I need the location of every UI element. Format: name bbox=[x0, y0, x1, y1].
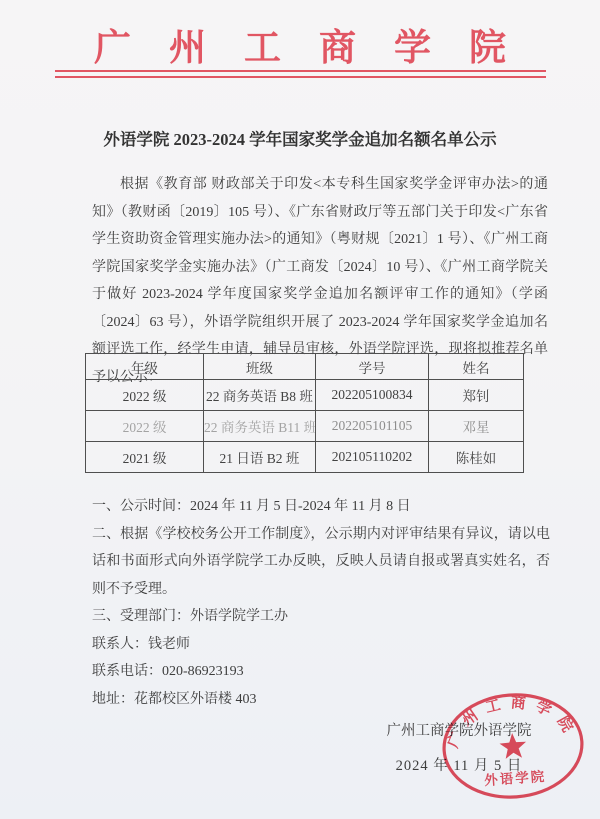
note-accepting-department: 三、受理部门：外语学院学工办 bbox=[92, 603, 550, 631]
contact-person: 联系人：钱老师 bbox=[92, 631, 550, 659]
letterhead-rule-bottom bbox=[55, 76, 546, 78]
signature-date: 2024 年 11 月 5 日 bbox=[344, 754, 574, 775]
table-header-row: 年级 班级 学号 姓名 bbox=[86, 354, 524, 380]
cell-grade: 2022 级 bbox=[86, 411, 204, 442]
table-header-student-id: 学号 bbox=[316, 354, 429, 380]
cell-name: 郑钊 bbox=[429, 380, 524, 411]
table-header-class: 班级 bbox=[204, 354, 316, 380]
cell-class: 22 商务英语 B8 班 bbox=[204, 380, 316, 411]
table-row: 2022 级 22 商务英语 B8 班 202205100834 郑钊 bbox=[86, 380, 524, 411]
notes-section: 一、公示时间：2024 年 11 月 5 日-2024 年 11 月 8 日 二… bbox=[92, 493, 550, 713]
cell-grade: 2021 级 bbox=[86, 442, 204, 473]
signature-block: 广州工商学院外语学院 2024 年 11 月 5 日 bbox=[344, 719, 574, 775]
cell-grade: 2022 级 bbox=[86, 380, 204, 411]
cell-class: 21 日语 B2 班 bbox=[204, 442, 316, 473]
letterhead-school-name: 广州工商学院 bbox=[0, 17, 600, 71]
cell-name: 邓星 bbox=[429, 411, 524, 442]
signature-organization: 广州工商学院外语学院 bbox=[344, 719, 574, 740]
contact-address: 地址：花都校区外语楼 403 bbox=[92, 686, 550, 714]
table-header-name: 姓名 bbox=[429, 354, 524, 380]
contact-phone: 联系电话：020-86923193 bbox=[92, 658, 550, 686]
cell-name: 陈桂如 bbox=[429, 442, 524, 473]
note-objection-procedure: 二、根据《学校校务公开工作制度》，公示期内对评审结果有异议，请以电话和书面形式向… bbox=[92, 521, 550, 604]
table-row: 2021 级 21 日语 B2 班 202105110202 陈桂如 bbox=[86, 442, 524, 473]
cell-student-id: 202105110202 bbox=[316, 442, 429, 473]
page-title: 外语学院 2023-2024 学年国家奖学金追加名额名单公示 bbox=[0, 126, 600, 150]
table-row: 2022 级 22 商务英语 B11 班 202205101105 邓星 bbox=[86, 411, 524, 442]
letterhead-rule-top bbox=[55, 70, 546, 72]
table-header-grade: 年级 bbox=[86, 354, 204, 380]
cell-class: 22 商务英语 B11 班 bbox=[204, 411, 316, 442]
award-candidates-table: 年级 班级 学号 姓名 2022 级 22 商务英语 B8 班 20220510… bbox=[85, 353, 524, 473]
cell-student-id: 202205100834 bbox=[316, 380, 429, 411]
scanned-document-page: 广州工商学院 外语学院 2023-2024 学年国家奖学金追加名额名单公示 根据… bbox=[0, 0, 600, 819]
cell-student-id: 202205101105 bbox=[316, 411, 429, 442]
note-publicity-period: 一、公示时间：2024 年 11 月 5 日-2024 年 11 月 8 日 bbox=[92, 493, 550, 521]
